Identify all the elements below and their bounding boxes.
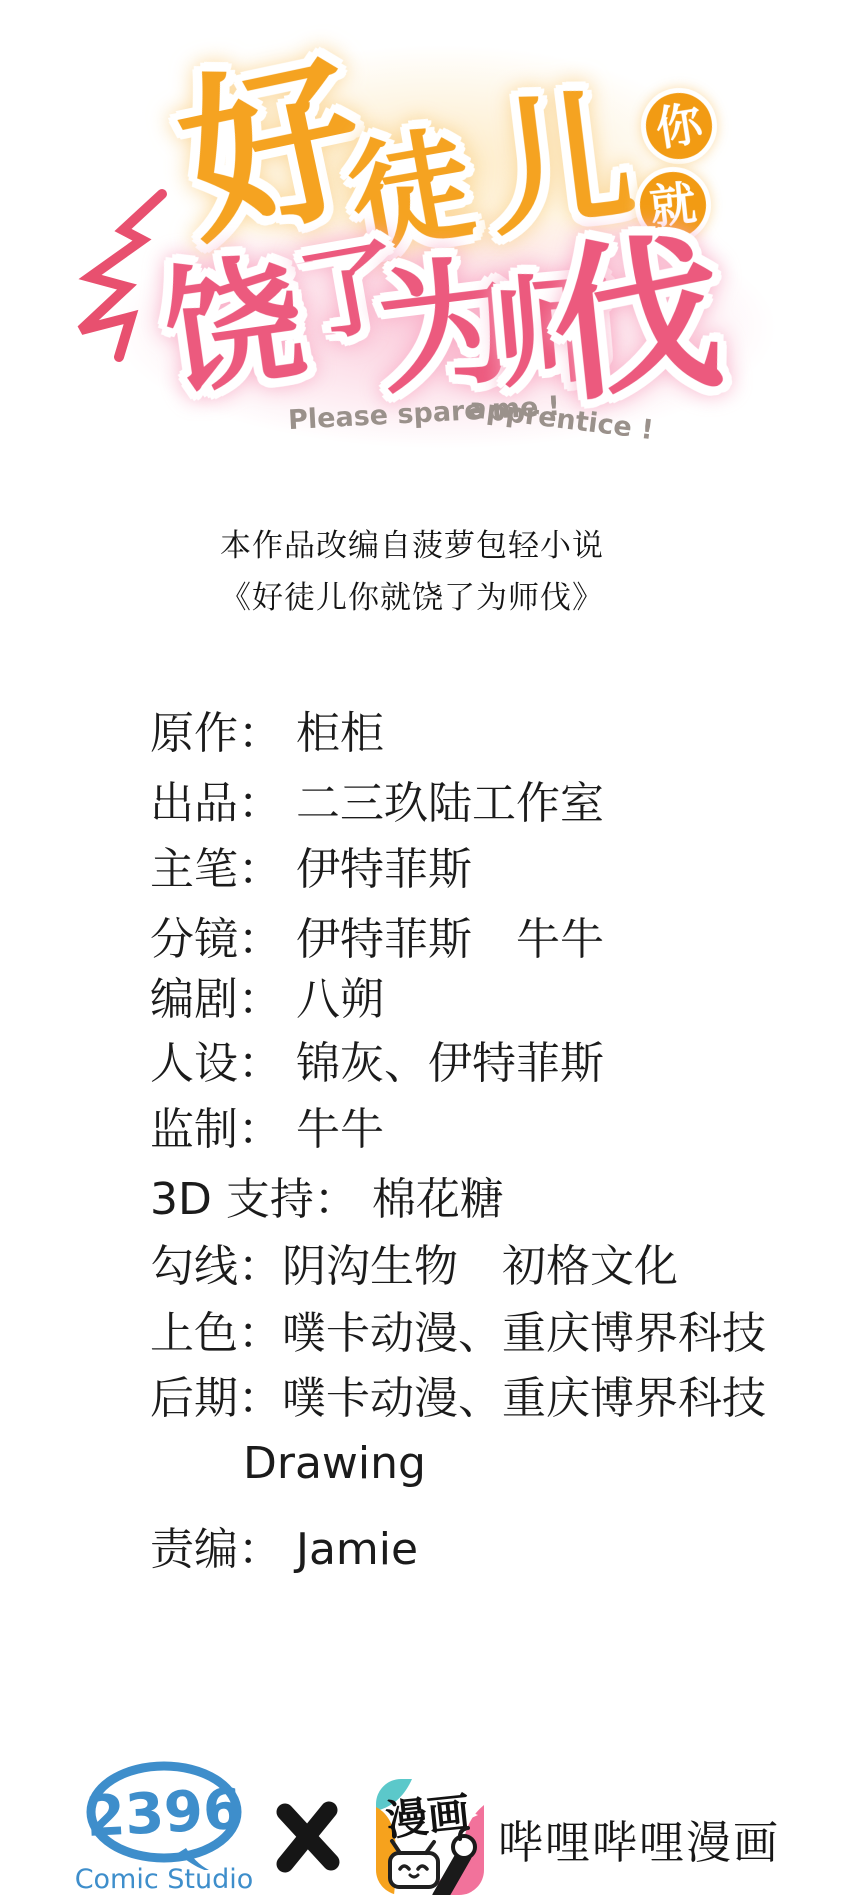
credit-line-storyboard: 分镜： 伊特菲斯 牛牛 bbox=[150, 912, 604, 967]
credit-line-original-author: 原作： 柜柜 bbox=[150, 706, 384, 761]
comic-credits-page: { "title": { "row1_chars": ["好", "徒", "儿… bbox=[0, 0, 850, 1900]
credit-line-coloring: 上色：噗卡动漫、重庆博界科技 bbox=[150, 1306, 766, 1361]
credit-line-editor: 责编： Jamie bbox=[150, 1522, 418, 1577]
credit-line-drawing: Drawing bbox=[243, 1436, 426, 1491]
title-char: 儿 bbox=[480, 84, 642, 246]
credit-line-lineart: 勾线：阴沟生物 初格文化 bbox=[150, 1239, 678, 1294]
credit-line-postproduction: 后期：噗卡动漫、重庆博界科技 bbox=[150, 1371, 766, 1426]
collab-x-icon bbox=[272, 1798, 344, 1876]
adaptation-note-line2: 《好徒儿你就饶了为师伐》 bbox=[0, 572, 824, 617]
adaptation-note-line1: 本作品改编自菠萝包轻小说 bbox=[0, 520, 824, 565]
bilibili-manga-app-icon: 漫画 bbox=[376, 1779, 484, 1895]
title-char: 伐 bbox=[545, 228, 730, 413]
studio-number-text: 2396 bbox=[85, 1777, 244, 1850]
title-char: 饶 bbox=[156, 249, 312, 405]
studio-label-text: Comic Studio bbox=[64, 1864, 264, 1895]
credit-line-supervisor: 监制： 牛牛 bbox=[150, 1102, 384, 1157]
credit-line-character-design: 人设： 锦灰、伊特菲斯 bbox=[150, 1036, 604, 1091]
speech-bubble-icon: 2396 bbox=[82, 1760, 246, 1870]
credit-line-screenwriter: 编剧： 八朔 bbox=[150, 972, 384, 1027]
credit-line-3d-support: 3D 支持： 棉花糖 bbox=[150, 1172, 504, 1227]
title-badge-char: 你 bbox=[653, 100, 706, 153]
credit-line-lead-artist: 主笔： 伊特菲斯 bbox=[150, 842, 472, 897]
credit-line-producer: 出品： 二三玖陆工作室 bbox=[150, 776, 604, 831]
bilibili-manga-wordmark: 哔哩哔哩漫画 bbox=[498, 1806, 780, 1871]
